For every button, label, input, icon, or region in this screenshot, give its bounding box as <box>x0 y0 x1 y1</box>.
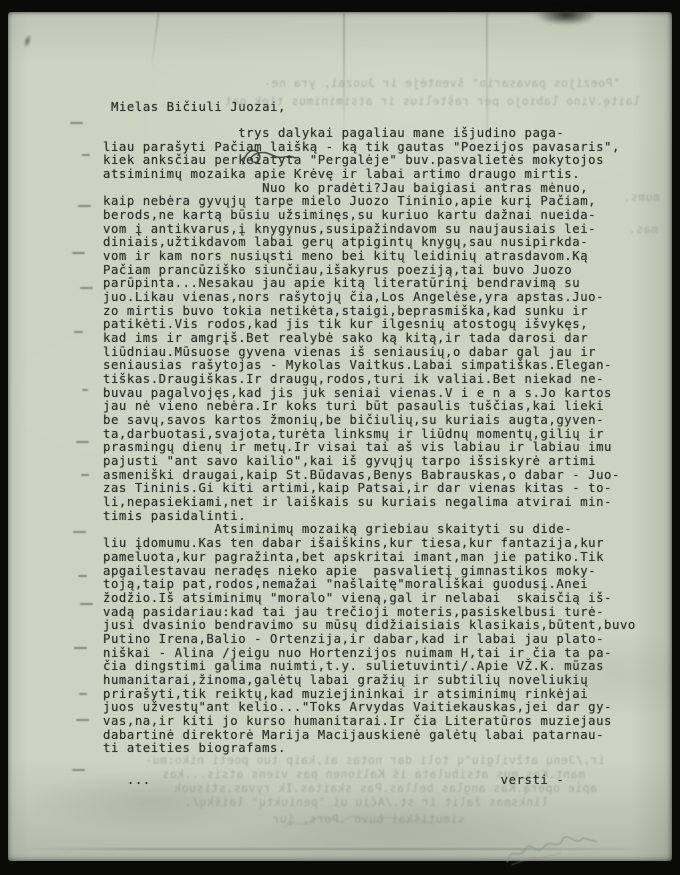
letter-line: asmeniški draugai,kaip St.Būdavas,Benys … <box>103 469 636 483</box>
letter-line: diniais,užtikdavom labai gerų atpigintų … <box>103 236 636 250</box>
letter-line: kaip nebėra gyvųjų tarpe mielo Juozo Tin… <box>103 195 636 209</box>
letter-paper: "Poezijos pavasario" šventėje ir Juozai,… <box>8 12 672 861</box>
margin-mark <box>80 287 93 289</box>
letter-line: zas Tininis.Gi kiti artimi,kaip Patsai,i… <box>103 482 636 496</box>
margin-mark <box>79 693 87 695</box>
letter-line: atsiminimų mozaika apie Krėvę ir labai a… <box>103 168 636 182</box>
letter-line: liau parašyti Pačiam laišką - ką tik gau… <box>103 141 636 155</box>
letter-line: juo.Likau vienas,nors rašytojų čia,Los A… <box>103 291 636 305</box>
crease <box>343 12 345 142</box>
letter-line: vom į antikvarus,į knygynus,susipažindav… <box>103 223 636 237</box>
letter-line: tiškas.Draugiškas.Ir draugų,rodos,turi i… <box>103 373 636 387</box>
salutation: Mielas Bičiuli Juozai, <box>111 100 286 114</box>
margin-mark <box>82 389 88 391</box>
letter-line: toją,taip pat,rodos,nemažai "našlaitę"mo… <box>103 578 636 592</box>
letter-line: vadą pasidariau:kad tai jau trečioji mot… <box>103 606 636 620</box>
letter-line: liūdniau.Mūsuose gyvena vienas iš seniau… <box>103 346 636 360</box>
letter-line: zo mirtis buvo tokia netikėta,staigi,bep… <box>103 305 636 319</box>
letter-line: kad ims ir amgrįš.Bet realybė sako ką ki… <box>103 332 636 346</box>
margin-mark <box>76 441 89 443</box>
letter-line: Pačiam prancūziško siunčiau,išakyrus poe… <box>103 264 636 278</box>
letter-line: be savų,savos kartos žmonių,be bičiulių,… <box>103 414 636 428</box>
margin-mark <box>82 154 90 156</box>
letter-line: ta,darbuotasi,svajota,turėta linksmų ir … <box>103 428 636 442</box>
pencil-scribble <box>498 826 605 870</box>
letter-body: trys dalykai pagaliau mane išjudino paga… <box>103 127 636 756</box>
ghost-handwriting <box>280 810 440 836</box>
crease <box>150 12 159 72</box>
margin-mark <box>72 769 85 771</box>
margin-mark <box>80 603 93 605</box>
bleed-through-line: linksmas žalit ir st./Ačiu ui "peniuktų"… <box>128 795 548 809</box>
letter-line: pajusti "ant savo kailio",kai iš gyvųjų … <box>103 455 636 469</box>
letter-line: kiek anksčiau perkeiatyta "Pergalėje" bu… <box>103 154 636 168</box>
letter-line: berods,ne kartą būsiu užsiminęs,su kuriu… <box>103 209 636 223</box>
letter-line: dabartinė direktorė Marija Macijauskienė… <box>103 729 636 743</box>
letter-line: trys dalykai pagaliau mane išjudino paga… <box>103 127 636 141</box>
margin-mark <box>74 331 83 333</box>
letter-line: čia dingstimi galima nuimti,t.y. sulietu… <box>103 660 636 674</box>
letter-line: jusi dvasinio bendravimo su mūsų didžiai… <box>103 619 636 633</box>
letter-line: juos užvestų"ant kelio..."Toks Arvydas V… <box>103 701 636 715</box>
letter-line: parūpinta...Nesakau jau apie kitą litera… <box>103 277 636 291</box>
margin-mark <box>73 531 86 533</box>
letter-line: vas,na,ir kiti jo kurso humanitarai.Ir č… <box>103 715 636 729</box>
margin-mark <box>74 647 87 649</box>
letter-line: timis pasidalinti. <box>103 510 636 524</box>
letter-line: žodžio.Iš atsiminimų "moralo" vieną,gal … <box>103 592 636 606</box>
ink-smudge <box>535 5 597 25</box>
letter-line: seniausias rašytojas - Mykolas Vaitkus.L… <box>103 359 636 373</box>
margin-mark <box>72 252 85 254</box>
letter-line: Atsiminimų mozaiką griebiau skaityti su … <box>103 523 636 537</box>
letter-line: ti ateities biografams. <box>103 742 636 756</box>
letter-line: vom ir kam nors nusiųsti meno bei kitų l… <box>103 250 636 264</box>
letter-line: Putino Irena,Balio - Ortenzija,ir dabar,… <box>103 633 636 647</box>
letter-line: pameluota,kur pagražinta,bet apskritai i… <box>103 551 636 565</box>
letter-line: humanitarai,žinoma,galėtų labai gražių i… <box>103 674 636 688</box>
letter-line: prasmingų dienų ir metų.Ir visai tai aš … <box>103 441 636 455</box>
margin-mark <box>76 719 89 721</box>
letter-line: apgailestavau neradęs nieko apie pasvali… <box>103 565 636 579</box>
letter-line: liu įdomumu.Kas ten dabar išaiškins,kur … <box>103 537 636 551</box>
edge-mark <box>22 33 33 48</box>
letter-line: jau nė vieno nebėra.Ir koks turi būt pas… <box>103 400 636 414</box>
margin-mark <box>78 205 91 207</box>
letter-line: patikėti.Vis rodos,kad jis tik kur ilges… <box>103 318 636 332</box>
letter-line: prirašyti,tik reiktų,kad muziejininkai i… <box>103 688 636 702</box>
pen-correction-mark <box>236 143 302 171</box>
margin-mark <box>78 575 87 577</box>
margin-mark <box>81 474 89 476</box>
bleed-through-line: "Poezijos pavasario" šventėje ir Juozai,… <box>150 76 620 90</box>
letter-line: Nuo ko pradėti?Jau baigiasi antras mėnuo… <box>103 182 636 196</box>
letter-line: buvau pagalvojęs,kad jis juk seniai vien… <box>103 387 636 401</box>
closing-line: ... versti - <box>103 773 564 787</box>
margin-mark <box>70 122 83 124</box>
letter-line: li,nepasiekiami,net ir laiškais su kuria… <box>103 496 636 510</box>
